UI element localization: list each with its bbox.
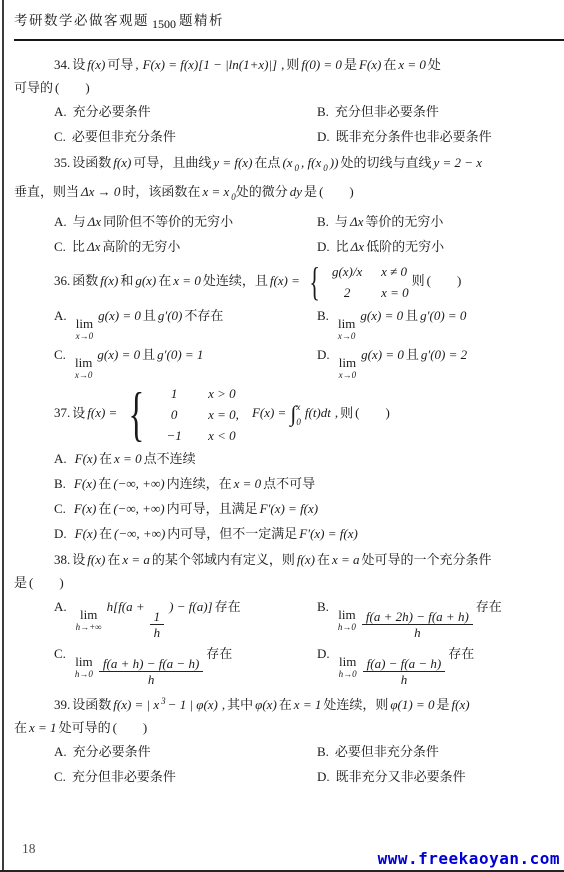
text-cn: 同阶但不等价的无穷小 — [103, 214, 233, 229]
text-cn: 在点 — [254, 155, 280, 170]
math-expr: g′(0) = 1 — [157, 347, 203, 362]
option-34-C: C.必要但非充分条件 — [54, 124, 317, 149]
case-value: 0 — [152, 404, 196, 425]
option-label: B. — [317, 744, 329, 759]
math-expr: g′(0) = 0 — [420, 308, 466, 323]
math-roman: ) — [457, 273, 461, 288]
text-cn: 在 — [317, 552, 330, 567]
limit-word: lim — [75, 356, 92, 370]
text-cn: 则 — [286, 57, 299, 72]
questions-list: 34.设f(x)可导,F(x) = f(x)[1 − |ln(1+x)|],则f… — [0, 41, 564, 789]
text-cn: 可导 — [107, 57, 133, 72]
case-value: g(x)/x — [325, 261, 369, 282]
math-expr: ) − f(a)] — [169, 599, 212, 614]
option-35-B: B.与Δx等价的无穷小 — [317, 209, 558, 234]
math-expr: h[f(a + — [107, 599, 145, 614]
math-roman: ) — [143, 720, 147, 735]
math-expr: f(x) — [297, 552, 315, 567]
math-expr: F(x) — [359, 57, 381, 72]
option-34-B: B.充分但非必要条件 — [317, 99, 558, 124]
math-expr: , f(x — [301, 155, 321, 170]
text-cn: 在 — [99, 526, 112, 541]
option-label: C. — [54, 129, 66, 144]
text-cn: 垂直，则当 — [14, 184, 79, 199]
text-cn: 是 — [436, 697, 449, 712]
limit-word: lim — [338, 608, 355, 622]
option-label: D. — [317, 129, 330, 144]
text-cn: 可导的 — [14, 80, 53, 95]
text-cn: 在 — [107, 552, 120, 567]
option-34-D: D.既非充分条件也非必要条件 — [317, 124, 558, 149]
option-39-D: D.既非充分又非必要条件 — [317, 764, 558, 789]
option-label: D. — [317, 646, 330, 661]
option-37-A: A.F(x)在x = 0点不连续 — [54, 446, 558, 471]
math-expr: Δx — [88, 214, 101, 229]
math-roman: , — [135, 57, 138, 72]
book-title-right: 题精析 — [179, 13, 224, 28]
text-cn: 充分必要条件 — [73, 104, 151, 119]
text-cn: 处 — [428, 57, 441, 72]
math-roman: ( — [427, 273, 431, 288]
limit-operator: limx→0 — [338, 317, 356, 341]
text-cn: 在 — [99, 451, 112, 466]
option-label: A. — [54, 599, 67, 614]
integral-bounds: x0 — [296, 402, 301, 427]
math-subscript: 0 — [323, 163, 328, 173]
text-cn: 既非充分又非必要条件 — [336, 769, 466, 784]
limit-operator: limh→0 — [338, 608, 356, 632]
cases-rows: g(x)/xx ≠ 02x = 0 — [325, 261, 409, 303]
limit-word: lim — [75, 655, 92, 669]
math-expr: x = 1 — [294, 697, 322, 712]
cases-row: −1x < 0 — [152, 425, 239, 446]
text-cn: 是 — [14, 575, 27, 590]
option-35-A: A.与Δx同阶但不等价的无穷小 — [54, 209, 317, 234]
limit-operator: limx→0 — [76, 317, 94, 341]
math-expr: y = f(x) — [213, 155, 252, 170]
cases-row: g(x)/xx ≠ 0 — [325, 261, 409, 282]
case-condition: x = 0 — [381, 282, 409, 303]
question-stem-line: 39.设函数f(x) = | x3− 1 | φ(x),其中φ(x)在x = 1… — [12, 690, 558, 716]
math-expr: f(x) — [100, 273, 118, 288]
text-cn: 必要但非充分条件 — [72, 129, 176, 144]
math-roman: ( — [355, 405, 359, 420]
fraction-denominator: h — [148, 672, 155, 687]
document-page: 考研数学必做客观题1500题精析 34.设f(x)可导,F(x) = f(x)[… — [0, 0, 564, 872]
math-subscript: 0 — [295, 163, 300, 173]
math-expr: F′(x) = f(x) — [260, 501, 319, 516]
math-expr: g′(0) — [158, 308, 183, 323]
text-cn: 比 — [336, 239, 349, 254]
math-expr: g(x) — [135, 273, 156, 288]
text-cn: 内可导，但不一定满足 — [167, 526, 297, 541]
option-label: A. — [54, 214, 67, 229]
math-roman: , — [335, 405, 338, 420]
book-title: 考研数学必做客观题1500题精析 — [14, 9, 564, 32]
text-cn: 内连续，在 — [167, 476, 232, 491]
math-expr: f(x) = — [87, 405, 117, 420]
case-condition: x = 0, — [208, 404, 239, 425]
question-stem-line: 垂直，则当Δx → 0时，该函数在x = x0处的微分dy是() — [12, 180, 558, 209]
math-expr: Δx → 0 — [81, 184, 120, 199]
text-cn: 处的微分 — [236, 184, 288, 199]
text-cn: 则 — [340, 405, 353, 420]
spacer — [242, 416, 250, 417]
fraction-numerator: f(a + h) − f(a − h) — [99, 656, 203, 671]
options: A.充分必要条件B.必要但非充分条件C.充分但非必要条件D.既非充分又非必要条件 — [12, 739, 558, 789]
math-roman: 36. — [54, 273, 70, 288]
options: A.与Δx同阶但不等价的无穷小B.与Δx等价的无穷小C.比Δx高阶的无穷小D.比… — [12, 209, 558, 259]
option-label: A. — [54, 451, 67, 466]
math-expr: x = x — [202, 184, 229, 199]
option-label: A. — [54, 104, 67, 119]
limit-subscript: x→0 — [76, 331, 94, 341]
limit-subscript: h→0 — [339, 669, 357, 679]
option-label: C. — [54, 501, 66, 516]
limit-subscript: h→0 — [338, 622, 356, 632]
text-cn: 充分但非必要条件 — [72, 769, 176, 784]
math-roman: 39. — [54, 697, 70, 712]
math-expr: (−∞, +∞) — [113, 501, 164, 516]
question-stem-line: 在x = 1处可导的() — [12, 716, 558, 739]
option-36-B: B.limx→0g(x) = 0且g′(0) = 0 — [317, 303, 558, 342]
text-cn: 在 — [279, 697, 292, 712]
math-expr: x = 0 — [234, 476, 262, 491]
question-36: 36.函数f(x)和g(x)在x = 0处连续，且f(x) ={g(x)/xx … — [12, 261, 558, 381]
math-expr: F(x) — [74, 501, 96, 516]
text-cn: 且 — [406, 347, 419, 362]
math-expr: x = 0 — [114, 451, 142, 466]
text-cn: 存在 — [448, 646, 474, 661]
text-cn: 处的切线与直线 — [340, 155, 431, 170]
text-cn: 点不连续 — [144, 451, 196, 466]
text-cn: 设 — [72, 405, 85, 420]
limit-subscript: h→0 — [75, 669, 93, 679]
option-39-C: C.充分但非必要条件 — [54, 764, 317, 789]
text-cn: 且 — [142, 347, 155, 362]
cases-row: 0x = 0, — [152, 404, 239, 425]
text-cn: 比 — [72, 239, 85, 254]
text-cn: 不存在 — [184, 308, 223, 323]
math-expr: x = a — [122, 552, 150, 567]
math-superscript: 3 — [161, 696, 166, 706]
limit-operator: limx→0 — [75, 356, 93, 380]
fraction: f(a + h) − f(a − h)h — [99, 656, 203, 687]
option-38-A: A.limh→+∞h[f(a +1h) − f(a)]存在 — [54, 594, 317, 641]
left-brace: { — [309, 265, 320, 299]
text-cn: 设函数 — [72, 155, 111, 170]
option-label: B. — [317, 214, 329, 229]
math-roman: 35. — [54, 155, 70, 170]
spacer — [325, 195, 347, 196]
option-label: A. — [54, 744, 67, 759]
case-value: 2 — [325, 282, 369, 303]
text-cn: 是 — [344, 57, 357, 72]
math-expr: F′(x) = f(x) — [299, 526, 358, 541]
fraction: f(a + 2h) − f(a + h)h — [362, 609, 473, 640]
fraction-denominator: h — [154, 625, 161, 640]
math-expr: Δx — [351, 239, 364, 254]
integral: ∫x0 — [290, 402, 301, 427]
math-expr: − 1 | φ(x) — [168, 697, 218, 712]
option-38-D: D.limh→0f(a) − f(a − h)h存在 — [317, 641, 558, 688]
piecewise-cases: {1x > 00x = 0,−1x < 0 — [122, 383, 239, 446]
math-roman: ) — [385, 405, 389, 420]
option-label: B. — [54, 476, 66, 491]
text-cn: 在 — [383, 57, 396, 72]
math-expr: F(x) — [75, 526, 97, 541]
option-38-B: B.limh→0f(a + 2h) − f(a + h)h存在 — [317, 594, 558, 641]
option-label: C. — [54, 347, 66, 362]
text-cn: 和 — [120, 273, 133, 288]
math-expr: (−∞, +∞) — [114, 526, 165, 541]
limit-subscript: x→0 — [338, 331, 356, 341]
option-label: A. — [54, 308, 67, 323]
cases-row: 1x > 0 — [152, 383, 239, 404]
option-label: B. — [317, 104, 329, 119]
math-expr: g(x) = 0 — [98, 308, 141, 323]
spacer — [35, 586, 57, 587]
question-39: 39.设函数f(x) = | x3− 1 | φ(x),其中φ(x)在x = 1… — [12, 690, 558, 789]
fraction-numerator: f(a + 2h) − f(a + h) — [362, 609, 473, 624]
question-35: 35.设函数f(x)可导，且曲线y = f(x)在点(x0, f(x0))处的切… — [12, 151, 558, 259]
fraction: f(a) − f(a − h)h — [363, 656, 446, 687]
text-cn: 函数 — [72, 273, 98, 288]
cases-rows: 1x > 00x = 0,−1x < 0 — [152, 383, 239, 446]
math-expr: f(x) — [113, 155, 131, 170]
left-brace: { — [129, 389, 145, 440]
text-cn: 在 — [98, 476, 111, 491]
math-expr: φ(1) = 0 — [390, 697, 434, 712]
math-roman: ) — [349, 184, 353, 199]
text-cn: 存在 — [215, 599, 241, 614]
math-expr: x = 0 — [173, 273, 201, 288]
option-35-C: C.比Δx高阶的无穷小 — [54, 234, 317, 259]
math-expr: f(x) — [87, 552, 105, 567]
spacer — [61, 91, 83, 92]
limit-operator: limx→0 — [339, 356, 357, 380]
fraction-numerator: f(a) − f(a − h) — [363, 656, 446, 671]
options: A.充分必要条件B.充分但非必要条件C.必要但非充分条件D.既非充分条件也非必要… — [12, 99, 558, 149]
text-cn: 是 — [304, 184, 317, 199]
math-expr: f(x) = — [270, 273, 300, 288]
option-label: D. — [54, 526, 67, 541]
text-cn: 高阶的无穷小 — [102, 239, 180, 254]
math-expr: x = 1 — [29, 720, 57, 735]
text-cn: 处连续，则 — [323, 697, 388, 712]
text-cn: 与 — [73, 214, 86, 229]
math-expr: g′(0) = 2 — [421, 347, 467, 362]
option-36-A: A.limx→0g(x) = 0且g′(0)不存在 — [54, 303, 317, 342]
math-expr: Δx — [350, 214, 363, 229]
math-roman: ( — [113, 720, 117, 735]
math-expr: g(x) = 0 — [97, 347, 140, 362]
option-39-A: A.充分必要条件 — [54, 739, 317, 764]
question-stem-line: 37.设f(x) ={1x > 00x = 0,−1x < 0F(x) =∫x0… — [12, 383, 558, 446]
option-37-B: B.F(x)在(−∞, +∞)内连续，在x = 0点不可导 — [54, 471, 558, 496]
option-37-C: C.F(x)在(−∞, +∞)内可导，且满足F′(x) = f(x) — [54, 496, 558, 521]
text-cn: 且 — [143, 308, 156, 323]
option-39-B: B.必要但非充分条件 — [317, 739, 558, 764]
math-roman: ( — [319, 184, 323, 199]
book-title-number: 1500 — [152, 17, 176, 31]
fraction-denominator: h — [401, 672, 408, 687]
text-cn: 内可导，且满足 — [167, 501, 258, 516]
math-roman: ) — [85, 80, 89, 95]
text-cn: 处连续，且 — [203, 273, 268, 288]
case-value: 1 — [152, 383, 196, 404]
integral-upper: x — [296, 403, 301, 412]
options: A.limx→0g(x) = 0且g′(0)不存在B.limx→0g(x) = … — [12, 303, 558, 381]
integral-lower: 0 — [296, 418, 301, 427]
math-roman: , — [281, 57, 284, 72]
spacer — [361, 416, 383, 417]
fraction-numerator: 1 — [150, 609, 165, 624]
math-expr: φ(x) — [255, 697, 277, 712]
fraction: 1h — [150, 609, 165, 640]
math-expr: F(x) — [75, 451, 97, 466]
text-cn: 低阶的无穷小 — [366, 239, 444, 254]
fraction-denominator: h — [414, 625, 421, 640]
options: A.limh→+∞h[f(a +1h) − f(a)]存在B.limh→0f(a… — [12, 594, 558, 688]
limit-subscript: x→0 — [75, 370, 93, 380]
question-stem-line: 38.设f(x)在x = a的某个邻域内有定义，则f(x)在x = a处可导的一… — [12, 548, 558, 571]
option-label: C. — [54, 239, 66, 254]
option-36-D: D.limx→0g(x) = 0且g′(0) = 2 — [317, 342, 558, 381]
text-cn: 处可导的 — [59, 720, 111, 735]
limit-subscript: h→+∞ — [76, 622, 102, 632]
math-roman: 38. — [54, 552, 70, 567]
text-cn: 存在 — [206, 646, 232, 661]
option-label: D. — [317, 239, 330, 254]
limit-operator: limh→0 — [75, 655, 93, 679]
page-number: 18 — [22, 841, 36, 857]
text-cn: 则 — [412, 273, 425, 288]
math-expr: Δx — [87, 239, 100, 254]
text-cn: 可导，且曲线 — [133, 155, 211, 170]
case-condition: x > 0 — [208, 383, 236, 404]
limit-subscript: x→0 — [339, 370, 357, 380]
question-stem-line: 可导的() — [12, 76, 558, 99]
piecewise-cases: {g(x)/xx ≠ 02x = 0 — [305, 261, 409, 303]
math-roman: 37. — [54, 405, 70, 420]
limit-word: lim — [76, 317, 93, 331]
option-34-A: A.充分必要条件 — [54, 99, 317, 124]
text-cn: 点不可导 — [263, 476, 315, 491]
text-cn: 等价的无穷小 — [365, 214, 443, 229]
question-stem-line: 35.设函数f(x)可导，且曲线y = f(x)在点(x0, f(x0))处的切… — [12, 151, 558, 180]
option-37-D: D.F(x)在(−∞, +∞)内可导，但不一定满足F′(x) = f(x) — [54, 521, 558, 546]
option-36-C: C.limx→0g(x) = 0且g′(0) = 1 — [54, 342, 317, 381]
page-left-border — [2, 0, 4, 872]
math-expr: )) — [330, 155, 339, 170]
math-expr: y = 2 − x — [433, 155, 482, 170]
math-expr: f(x) — [452, 697, 470, 712]
text-cn: 其中 — [227, 697, 253, 712]
math-roman: ( — [55, 80, 59, 95]
text-cn: 存在 — [476, 599, 502, 614]
math-expr: dy — [290, 184, 302, 199]
limit-word: lim — [339, 356, 356, 370]
case-condition: x < 0 — [208, 425, 236, 446]
spacer — [119, 731, 141, 732]
question-stem-line: 34.设f(x)可导,F(x) = f(x)[1 − |ln(1+x)|],则f… — [12, 53, 558, 76]
math-expr: x = a — [332, 552, 360, 567]
limit-word: lim — [80, 608, 97, 622]
page-header: 考研数学必做客观题1500题精析 — [0, 0, 564, 41]
limit-word: lim — [339, 655, 356, 669]
math-roman: ( — [29, 575, 33, 590]
math-expr: g(x) = 0 — [361, 347, 404, 362]
text-cn: 时，该函数在 — [122, 184, 200, 199]
text-cn: 设函数 — [72, 697, 111, 712]
math-expr: (x — [282, 155, 292, 170]
math-expr: (−∞, +∞) — [113, 476, 164, 491]
options: A.F(x)在x = 0点不连续B.F(x)在(−∞, +∞)内连续，在x = … — [12, 446, 558, 546]
site-url: www.freekaoyan.com — [378, 849, 560, 868]
math-roman: 34. — [54, 57, 70, 72]
text-cn: 与 — [335, 214, 348, 229]
option-label: D. — [317, 769, 330, 784]
text-cn: 设 — [72, 57, 85, 72]
book-title-left: 考研数学必做客观题 — [14, 13, 149, 28]
limit-operator: limh→+∞ — [76, 608, 102, 632]
text-cn: 处可导的一个充分条件 — [362, 552, 492, 567]
math-expr: f(t)dt — [305, 405, 331, 420]
spacer — [433, 284, 455, 285]
case-value: −1 — [152, 425, 196, 446]
math-expr: g(x) = 0 — [360, 308, 403, 323]
option-label: C. — [54, 646, 66, 661]
math-roman: , — [222, 697, 225, 712]
question-stem-line: 是() — [12, 571, 558, 594]
text-cn: 充分必要条件 — [73, 744, 151, 759]
question-37: 37.设f(x) ={1x > 00x = 0,−1x < 0F(x) =∫x0… — [12, 383, 558, 546]
text-cn: 设 — [72, 552, 85, 567]
question-38: 38.设f(x)在x = a的某个邻域内有定义，则f(x)在x = a处可导的一… — [12, 548, 558, 688]
question-stem-line: 36.函数f(x)和g(x)在x = 0处连续，且f(x) ={g(x)/xx … — [12, 261, 558, 303]
math-expr: x = 0 — [398, 57, 426, 72]
question-34: 34.设f(x)可导,F(x) = f(x)[1 − |ln(1+x)|],则f… — [12, 53, 558, 149]
option-label: C. — [54, 769, 66, 784]
case-condition: x ≠ 0 — [381, 261, 407, 282]
text-cn: 且 — [405, 308, 418, 323]
cases-row: 2x = 0 — [325, 282, 409, 303]
option-35-D: D.比Δx低阶的无穷小 — [317, 234, 558, 259]
limit-operator: limh→0 — [339, 655, 357, 679]
option-label: B. — [317, 599, 329, 614]
text-cn: 的某个邻域内有定义，则 — [152, 552, 295, 567]
text-cn: 充分但非必要条件 — [335, 104, 439, 119]
option-label: B. — [317, 308, 329, 323]
math-expr: F(x) = f(x)[1 − |ln(1+x)|] — [143, 57, 278, 72]
math-expr: f(0) = 0 — [301, 57, 342, 72]
math-roman: ) — [59, 575, 63, 590]
option-label: D. — [317, 347, 330, 362]
math-expr: F(x) — [74, 476, 96, 491]
limit-word: lim — [338, 317, 355, 331]
text-cn: 在 — [98, 501, 111, 516]
math-expr: F(x) = — [252, 405, 286, 420]
option-38-C: C.limh→0f(a + h) − f(a − h)h存在 — [54, 641, 317, 688]
text-cn: 必要但非充分条件 — [335, 744, 439, 759]
math-expr: f(x) = | x — [113, 697, 159, 712]
text-cn: 既非充分条件也非必要条件 — [336, 129, 492, 144]
text-cn: 在 — [158, 273, 171, 288]
text-cn: 在 — [14, 720, 27, 735]
math-expr: f(x) — [87, 57, 105, 72]
